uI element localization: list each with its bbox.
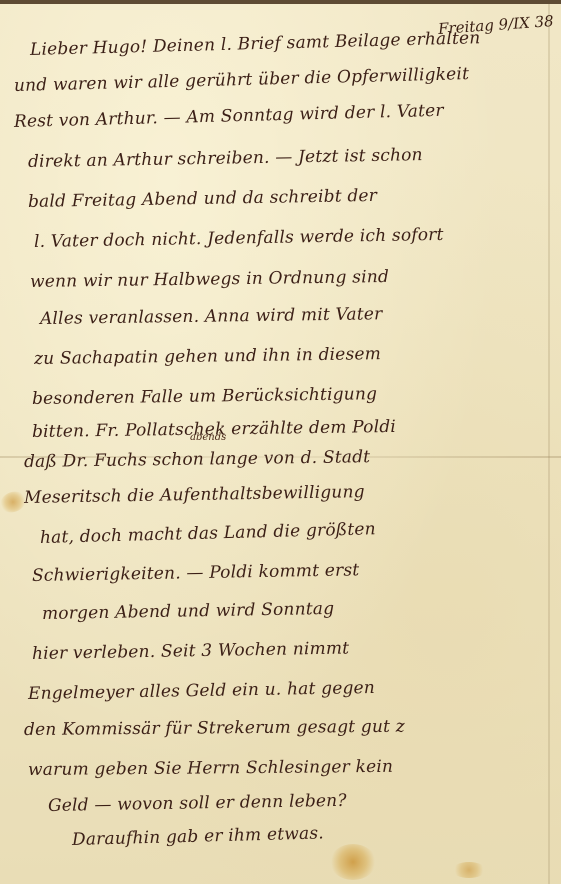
letter-page: Freitag 9/IX 38 Lieber Hugo! Deinen l. B… [0,0,561,884]
text-line: Lieber Hugo! Deinen l. Brief samt Beilag… [30,28,481,60]
text-line: wenn wir nur Halbwegs in Ordnung sind [30,267,389,292]
text-line: den Kommissär für Strekerum gesagt gut z [24,717,405,740]
text-line: daß Dr. Fuchs schon lange von d. Stadt [24,447,371,472]
paper-fold-vertical [548,4,550,884]
text-line: Alles veranlassen. Anna wird mit Vater [40,304,383,329]
text-line: Geld — wovon soll er denn leben? [48,791,347,816]
ink-stain [452,862,486,878]
text-line: warum geben Sie Herrn Schlesinger kein [28,757,393,780]
text-line: Meseritsch die Aufenthaltsbewilligung [24,482,365,508]
interlinear-note: abends [190,432,226,443]
ink-stain [330,844,376,880]
text-line: Rest von Arthur. — Am Sonntag wird der l… [14,101,444,132]
text-line: bald Freitag Abend und da schreibt der [28,186,377,212]
text-line: Daraufhin gab er ihm etwas. [72,823,324,850]
text-line: zu Sachapatin gehen und ihn in diesem [34,344,381,369]
text-line: und waren wir alle gerührt über die Opfe… [14,64,470,96]
text-line: hier verleben. Seit 3 Wochen nimmt [32,638,350,664]
text-line: Engelmeyer alles Geld ein u. hat gegen [28,678,375,704]
text-line: hat, doch macht das Land die größten [40,519,376,548]
text-line: Schwierigkeiten. — Poldi kommt erst [32,560,360,586]
text-line: besonderen Falle um Berücksichtigung [32,384,377,409]
text-line: direkt an Arthur schreiben. — Jetzt ist … [28,145,423,172]
text-line: l. Vater doch nicht. Jedenfalls werde ic… [34,225,444,252]
text-line: morgen Abend und wird Sonntag [42,599,335,624]
